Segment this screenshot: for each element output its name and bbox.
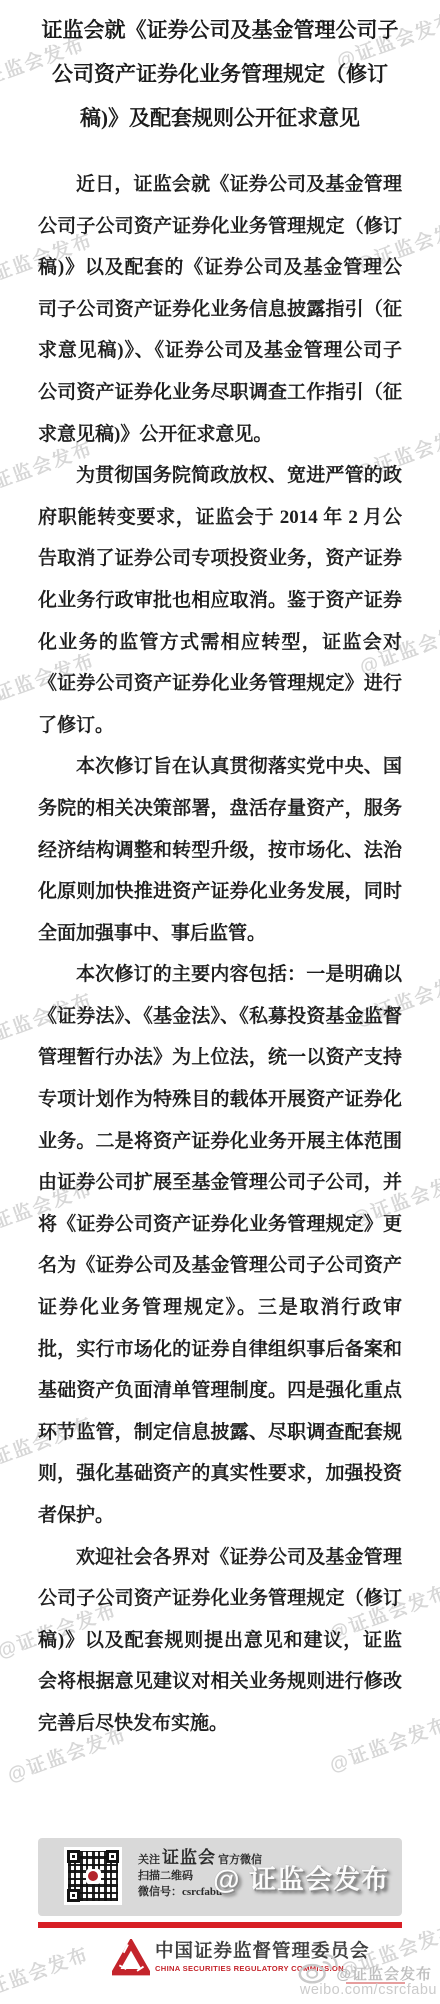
paragraph-1: 近日，证监会就《证券公司及基金管理公司子公司资产证券化业务管理规定（修订稿)》以… xyxy=(38,164,402,455)
weibo-icon xyxy=(296,1950,338,1986)
qr-center-logo-icon xyxy=(86,1869,101,1884)
wechat-id-label: 微信号： xyxy=(138,1886,182,1898)
paragraph-2: 为贯彻国务院简政放权、宽进严管的政府职能转变要求，证监会于 2014 年 2 月… xyxy=(38,455,402,746)
wechat-promo-bar: 关注证监会官方微信 扫描二维码 微信号：csrcfabu @ 证监会发布 xyxy=(38,1838,402,1916)
document-body: 近日，证监会就《证券公司及基金管理公司子公司资产证券化业务管理规定（修订稿)》以… xyxy=(38,164,402,1745)
weibo-handle-badge: @ 证监会发布 xyxy=(213,1858,389,1897)
qr-finder-icon xyxy=(67,1889,80,1902)
paragraph-5: 欢迎社会各界对《证券公司及基金管理公司子公司资产证券化业务管理规定（修订稿)》以… xyxy=(38,1537,402,1745)
document-page: @证监会发布 @证监会发布 @证监会发布 @证监会发布 @证监会发布 @证监会发… xyxy=(0,0,440,2004)
qr-finder-icon xyxy=(106,1850,119,1863)
weibo-url: weibo.com/csrcfabu xyxy=(300,1982,437,1998)
red-divider xyxy=(38,1922,402,1928)
csrc-logo-icon xyxy=(112,1939,150,1976)
weibo-handle: @证监会发布 xyxy=(336,1963,432,1984)
wechat-brand-label: 证监会 xyxy=(162,1848,216,1867)
wechat-qr-code-icon xyxy=(64,1847,122,1905)
watermark-text: @证监会发布 xyxy=(0,1939,92,2004)
document-title: 证监会就《证券公司及基金管理公司子公司资产证券化业务管理规定（修订稿)》及配套规… xyxy=(41,8,399,140)
qr-finder-icon xyxy=(67,1850,80,1863)
follow-prefix-label: 关注 xyxy=(138,1854,160,1866)
paragraph-3: 本次修订旨在认真贯彻落实党中央、国务院的相关决策部署，盘活存量资产，服务经济结构… xyxy=(38,746,402,954)
paragraph-4: 本次修订的主要内容包括：一是明确以《证券法》、《基金法》、《私募投资基金监督管理… xyxy=(38,954,402,1536)
